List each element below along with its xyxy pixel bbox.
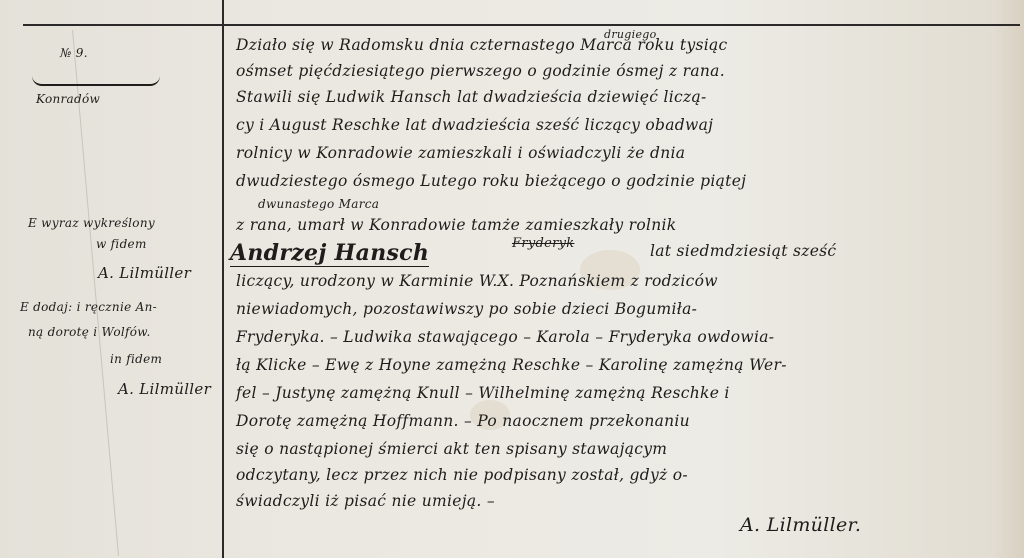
record-line: niewiadomych, pozostawiwszy po sobie dzi… <box>236 300 697 318</box>
record-line: ośmset pięćdziesiątego pierwszego o godz… <box>236 62 725 80</box>
record-line: Stawili się Ludwik Hansch lat dwadzieści… <box>236 88 707 106</box>
record-line: z rana, umarł w Konradowie tamże zamiesz… <box>236 216 676 234</box>
record-line: świadczyli iż pisać nie umieją. – <box>236 492 495 510</box>
record-line: Dorotę zamężną Hoffmann. – Po naocznem p… <box>236 412 690 430</box>
struck-word: Fryderyk <box>512 236 574 251</box>
record-line: łą Klicke – Ewę z Hoyne zamężną Reschke … <box>236 356 787 374</box>
entry-number-brace <box>32 74 160 86</box>
place-name: Konradów <box>36 92 100 106</box>
margin-note-1-line: w fidem <box>96 237 147 251</box>
record-line: dwudziestego ósmego Lutego roku bieżąceg… <box>236 172 746 190</box>
paper-fold-line <box>72 30 119 556</box>
record-line: odczytany, lecz przez nich nie podpisany… <box>236 466 688 484</box>
insertion-above-2: dwunastego Marca <box>258 197 379 211</box>
entry-number: № 9. <box>60 46 88 60</box>
margin-note-2-line: in fidem <box>110 352 162 366</box>
margin-note-2-line: E dodaj: i ręcznie An- <box>20 300 157 314</box>
margin-note-2-line: ną dorotę i Wolfów. <box>28 325 151 339</box>
record-line: lat siedmdziesiąt sześć <box>650 242 836 260</box>
margin-column-rule <box>222 0 224 558</box>
record-line: się o nastąpionej śmierci akt ten spisan… <box>236 440 667 458</box>
scanned-register-page: № 9. Konradów E wyraz wykreślony w fidem… <box>0 0 1024 558</box>
record-line: rolnicy w Konradowie zamieszkali i oświa… <box>236 144 685 162</box>
header-rule <box>23 24 1020 26</box>
margin-note-1-line: E wyraz wykreślony <box>28 216 155 230</box>
margin-note-1-signature: A. Lilmüller <box>98 264 191 282</box>
record-line: Działo się w Radomsku dnia czternastego … <box>236 36 728 54</box>
record-line: cy i August Reschke lat dwadzieścia sześ… <box>236 116 713 134</box>
record-line: Fryderyka. – Ludwika stawającego – Karol… <box>236 328 774 346</box>
registrar-signature: A. Lilmüller. <box>740 514 861 536</box>
record-line: fel – Justynę zamężną Knull – Wilhelminę… <box>236 384 730 402</box>
margin-note-2-signature: A. Lilmüller <box>118 380 211 398</box>
record-line: liczący, urodzony w Karminie W.X. Poznań… <box>236 272 718 290</box>
deceased-name: Andrzej Hansch <box>230 240 429 267</box>
